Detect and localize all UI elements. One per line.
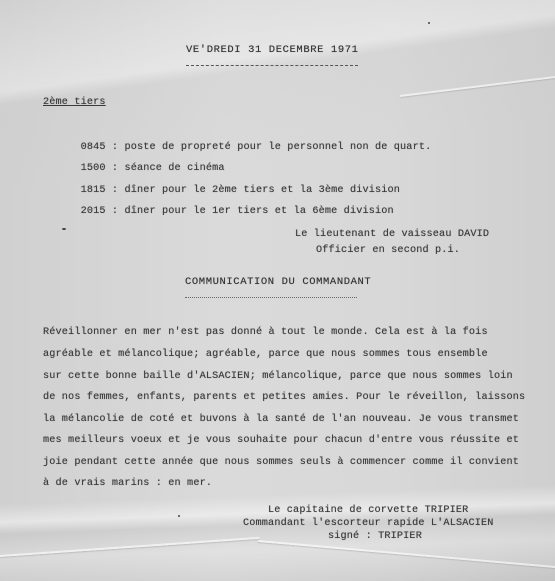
section-title: 2ème tiers — [43, 97, 106, 108]
message-line: Réveillonner en mer n'est pas donné à to… — [43, 327, 488, 338]
signature-captain-title: Commandant l'escorteur rapide L'ALSACIEN — [243, 518, 494, 529]
scanned-letter: VE'DREDI 31 DECEMBRE 1971 2ème tiers 084… — [0, 0, 555, 581]
heading-rule — [186, 65, 358, 66]
ink-speck — [62, 228, 66, 230]
schedule-time: 1500 — [81, 163, 106, 174]
message-line: mes meilleurs voeux et je vous souhaite … — [43, 435, 519, 446]
signature-lieutenant-name: Le lieutenant de vaisseau DAVID — [295, 229, 489, 240]
paper-crease — [0, 537, 259, 557]
message-line: la mélancolie de coté et buvons à la san… — [43, 414, 519, 425]
schedule-time: 2015 — [81, 206, 106, 217]
message-line: agréable et mélancolique; agréable, parc… — [43, 349, 488, 360]
schedule-text: séance de cinéma — [124, 163, 224, 174]
signature-lieutenant-title: Officier en second p.i. — [316, 245, 460, 256]
message-line: de nos femmes, enfants, parents et petit… — [43, 392, 525, 403]
schedule-text: dîner pour le 1er tiers et la 6ème divis… — [124, 206, 393, 217]
message-line: joie pendant cette année que nous sommes… — [43, 457, 519, 468]
date-heading: VE'DREDI 31 DECEMBRE 1971 — [186, 44, 359, 56]
message-line: à de vrais marins : en mer. — [43, 478, 212, 489]
schedule-item: 2015 : dîner pour le 1er tiers et la 6èm… — [43, 195, 394, 228]
communication-rule — [185, 297, 357, 298]
signature-captain-signed: signé : TRIPIER — [328, 531, 422, 542]
signature-captain-name: Le capitaine de corvette TRIPIER — [268, 505, 468, 516]
communication-title: COMMUNICATION DU COMMANDANT — [185, 276, 371, 288]
ink-speck — [178, 515, 180, 517]
message-line: sur cette bonne baille d'ALSACIEN; mélan… — [43, 371, 513, 382]
paper-crease — [258, 540, 555, 568]
ink-speck — [428, 22, 430, 24]
paper-crease — [400, 76, 555, 97]
